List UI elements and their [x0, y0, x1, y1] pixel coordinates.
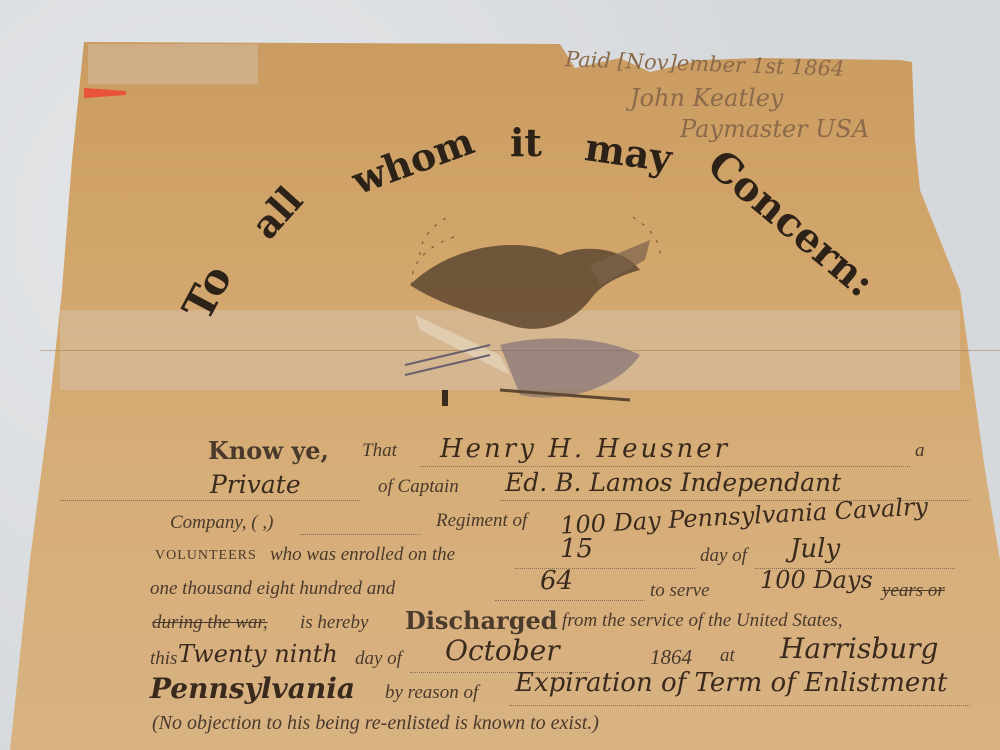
that-label: That — [362, 440, 397, 462]
enrolled-text: who was enrolled on the — [270, 544, 455, 566]
volunteers-label: VOLUNTEERS — [155, 548, 257, 564]
discharge-day: Twenty ninth — [178, 640, 338, 668]
discharge-year: 1864 — [650, 645, 692, 670]
discharge-month: October — [445, 634, 560, 667]
heading-word-it: it — [510, 120, 542, 165]
this-label: this — [150, 648, 177, 670]
discharge-city: Harrisburg — [780, 632, 938, 665]
during-war-label: during the war, — [152, 612, 268, 634]
years-or-label: years or — [882, 580, 945, 602]
reason-field-line — [510, 705, 970, 706]
service-term: 100 Days — [760, 566, 873, 594]
enroll-day: 15 — [560, 534, 593, 564]
to-serve-label: to serve — [650, 580, 710, 602]
name-field-line — [420, 466, 910, 467]
enroll-month: July — [790, 534, 840, 564]
paymaster-title: Paymaster USA — [680, 115, 869, 143]
discharge-state: Pennsylvania — [150, 672, 355, 705]
captain-name: Ed. B. Lamos Independant — [505, 468, 841, 497]
rank-field-line — [60, 500, 360, 501]
soldier-rank: Private — [210, 470, 301, 499]
enroll-year: 64 — [540, 566, 573, 596]
paymaster-name: John Keatley — [630, 84, 784, 112]
is-hereby-label: is hereby — [300, 612, 368, 634]
regiment-of-label: Regiment of — [436, 510, 527, 532]
discharge-reason: Expiration of Term of Enlistment — [515, 668, 947, 698]
discharged-label: Discharged — [405, 606, 558, 635]
at-label: at — [720, 645, 735, 667]
no-objection-note: (No objection to his being re-enlisted i… — [152, 712, 599, 735]
year-text: one thousand eight hundred and — [150, 578, 395, 600]
company-label: Company, ( ,) — [170, 512, 273, 534]
enroll-year-field-line — [495, 600, 645, 601]
eagle-emblem-icon — [400, 215, 680, 415]
tape-strip-top-left — [88, 44, 258, 84]
day-of-label-2: day of — [355, 648, 402, 670]
day-of-label: day of — [700, 545, 747, 567]
a-label: a — [915, 440, 925, 462]
soldier-name: Henry H. Heusner — [440, 434, 730, 464]
company-field-line — [300, 534, 420, 535]
from-service-label: from the service of the United States, — [562, 610, 843, 632]
of-captain-label: of Captain — [378, 476, 459, 498]
know-ye-label: Know ye, — [208, 436, 329, 465]
by-reason-label: by reason of — [385, 682, 478, 704]
